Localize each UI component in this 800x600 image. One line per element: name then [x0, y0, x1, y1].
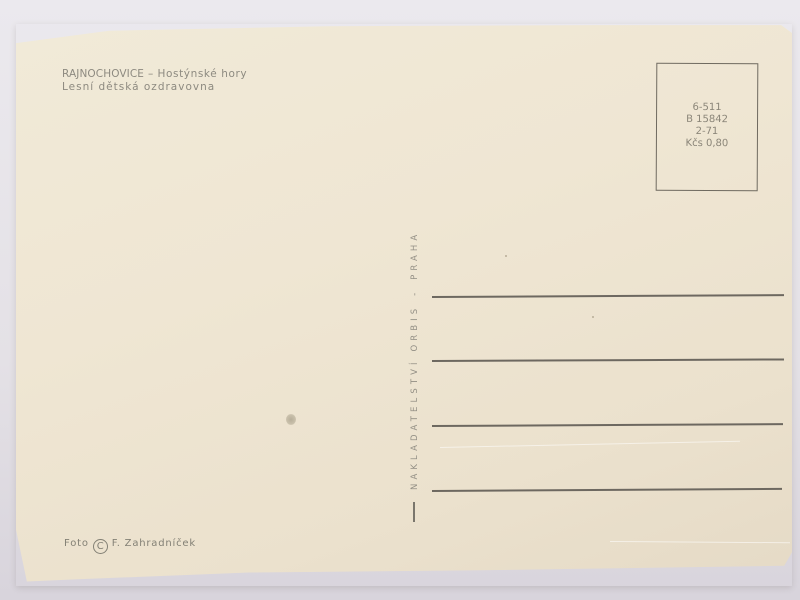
caption-title-line: RAJNOCHOVICE–Hostýnské hory: [62, 68, 247, 81]
caption: RAJNOCHOVICE–Hostýnské hory Lesní dětská…: [62, 68, 247, 94]
caption-subtitle: Lesní dětská ozdravovna: [62, 81, 247, 94]
stain-spot: [286, 414, 296, 425]
publisher-city: PRAHA: [410, 231, 420, 280]
stamp-line: 2-71: [657, 126, 757, 139]
region-name: Hostýnské hory: [157, 68, 247, 80]
caption-dash: –: [148, 68, 153, 80]
stamp-print-info: 6-511 B 15842 2-71 Kčs 0,80: [657, 102, 757, 151]
stamp-line: Kčs 0,80: [657, 138, 757, 151]
stamp-line: 6-511: [657, 102, 757, 115]
place-name: RAJNOCHOVICE: [62, 68, 144, 80]
photographer-name: F. Zahradníček: [112, 538, 196, 549]
stamp-box: 6-511 B 15842 2-71 Kčs 0,80: [656, 63, 759, 192]
publisher-separator: -: [410, 289, 420, 296]
stain-dot: [592, 316, 594, 318]
publisher-name: NAKLADATELSTVÍ ORBIS: [410, 305, 420, 490]
copyright-icon: C: [93, 539, 108, 554]
photo-credit: FotoCF. Zahradníček: [64, 538, 196, 554]
stain-dot: [505, 255, 507, 257]
publisher-imprint: NAKLADATELSTVÍ ORBIS - PRAHA: [410, 190, 420, 490]
stamp-line: B 15842: [657, 114, 757, 127]
photo-credit-label: Foto: [64, 538, 89, 549]
divider-tick: [413, 502, 415, 522]
